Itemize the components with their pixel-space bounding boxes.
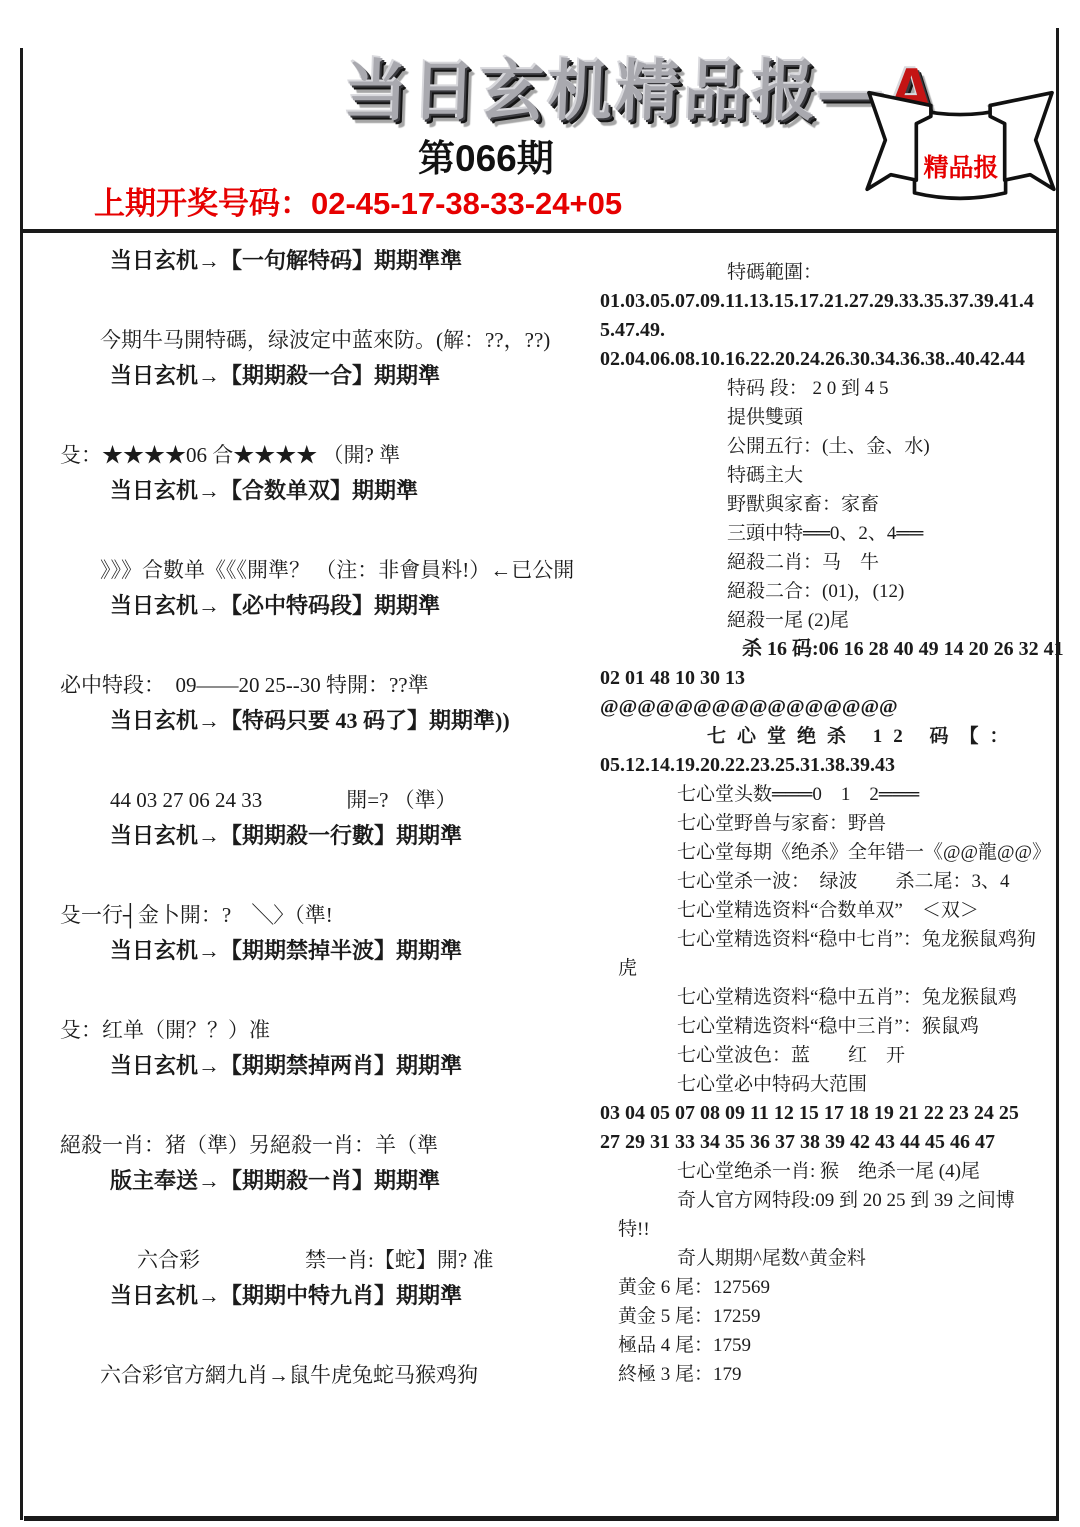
left-report-line: 今期牛马開特碼，绿波定中蓝來防。(解：??，??) (100, 323, 600, 358)
left-report-line: 当日玄机→【特码只要 43 码了】期期準)) (110, 703, 600, 738)
left-report-line: 絕殺一肖：猪（準）另絕殺一肖：羊（準 (60, 1128, 600, 1163)
right-report-line: 27 29 31 33 34 35 36 37 38 39 42 43 44 4… (600, 1128, 1057, 1157)
left-report-line: 当日玄机→【期期中特九肖】期期準 (110, 1278, 600, 1313)
left-report-line: 必中特段： 09——20 25--30 特開：??準 (60, 668, 600, 703)
right-report-line: 5.47.49. (600, 316, 1057, 345)
right-report-line: 七心堂必中特码大范围 (677, 1070, 1057, 1099)
right-report-line: 絕殺二肖：马 牛 (727, 548, 1057, 577)
right-report-line: 七心堂野兽与家畜：野兽 (677, 809, 1057, 838)
header-divider-rule (20, 229, 1059, 233)
right-report-line: 極品 4 尾：1759 (618, 1331, 1057, 1360)
ribbon-label: 精品报 (905, 148, 1017, 184)
left-report-line: 殳：★★★★06 合★★★★ （開? 準 (60, 438, 600, 473)
right-report-line: 01.03.05.07.09.11.13.15.17.21.27.29.33.3… (600, 287, 1057, 316)
right-report-line: 七心堂精选资料“合数单双” ＜双＞ (677, 896, 1057, 925)
right-report-line: 公開五行：(土、金、水) (727, 432, 1057, 461)
left-report-line: 当日玄机→【期期殺一行數】期期準 (110, 818, 600, 853)
report-title-text: 当日玄机精品报— (343, 54, 890, 129)
report-title-3d: 当日玄机精品报—A (342, 38, 940, 134)
right-report-line: 特碼主大 (727, 461, 1057, 490)
right-report-line: @@@@@@@@@@@@@@@@ (600, 693, 1057, 722)
right-report-line: 杀 16 码:06 16 28 40 49 14 20 26 32 41 (742, 635, 1057, 664)
right-report-line: 七心堂头数═══0 1 2═══ (677, 780, 1057, 809)
right-report-line: 黄金 5 尾：17259 (618, 1302, 1057, 1331)
right-report-line: 七心堂每期《绝杀》全年错一《@@龍@@》 (677, 838, 1057, 867)
left-report-line: 当日玄机→【一句解特码】期期準準 (110, 243, 600, 278)
right-report-line: 七心堂绝杀 12 码【： (707, 722, 1057, 751)
left-report-line: 当日玄机→【期期殺一合】期期準 (110, 358, 600, 393)
left-report-line: 44 03 27 06 24 33 開=? （準） (110, 783, 600, 818)
left-report-line: 六合彩 禁一肖:【蛇】開? 准 (137, 1243, 600, 1278)
right-report-line: 特码 段： 2 0 到 4 5 (727, 374, 1057, 403)
right-report-line: 奇人期期^尾数^黄金料 (677, 1244, 1057, 1273)
right-report-line: 七心堂精选资料“稳中三肖”：猴鼠鸡 (677, 1012, 1057, 1041)
right-report-line: 七心堂精选资料“稳中五肖”：兔龙猴鼠鸡 (677, 983, 1057, 1012)
right-report-line: 黄金 6 尾：127569 (618, 1273, 1057, 1302)
right-report-line: 野獸與家畜：家畜 (727, 490, 1057, 519)
right-report-line: 七心堂精选资料“稳中七肖”：兔龙猴鼠鸡狗 (677, 925, 1057, 954)
left-report-line: 当日玄机→【期期禁掉两肖】期期準 (110, 1048, 600, 1083)
right-report-line: 三頭中特══0、2、4══ (727, 519, 1057, 548)
left-report-line: 六合彩官方網九肖→鼠牛虎兔蛇马猴鸡狗 (100, 1358, 600, 1393)
right-report-line: 02 01 48 10 30 13 (600, 664, 1057, 693)
left-report-line: 殳：红单（開？？）准 (60, 1013, 600, 1048)
right-report-line: 03 04 05 07 08 09 11 12 15 17 18 19 21 2… (600, 1099, 1057, 1128)
left-report-line: 当日玄机→【合数单双】期期準 (110, 473, 600, 508)
left-report-line: 殳一行┤金卜開：? ╲〉（準! (60, 898, 600, 933)
left-report-line: 版主奉送→【期期殺一肖】期期準 (110, 1163, 600, 1198)
right-report-line: 提供雙頭 (727, 403, 1057, 432)
right-report-line: 七心堂绝杀一肖: 猴 绝杀一尾 (4)尾 (677, 1157, 1057, 1186)
page-border-left (20, 48, 23, 1520)
right-report-line: 特!! (618, 1215, 1057, 1244)
right-report-line: 虎 (618, 954, 1057, 983)
right-report-line: 終極 3 尾：179 (618, 1360, 1057, 1389)
right-column: 特碼範圍：01.03.05.07.09.11.13.15.17.21.27.29… (592, 258, 1057, 1389)
issue-number: 第066期 (418, 128, 554, 182)
right-report-line: 特碼範圍： (727, 258, 1057, 287)
right-report-line: 七心堂杀一波： 绿波 杀二尾：3、4 (677, 867, 1057, 896)
last-draw-numbers: 上期开奖号码：02-45-17-38-33-24+05 (94, 178, 622, 223)
left-report-line: 当日玄机→【必中特码段】期期準 (110, 588, 600, 623)
lottery-tip-sheet-page: 当日玄机精品报—A 第066期 上期开奖号码：02-45-17-38-33-24… (0, 0, 1080, 1527)
right-report-line: 02.04.06.08.10.16.22.20.24.26.30.34.36.3… (600, 345, 1057, 374)
left-report-line: 当日玄机→【期期禁掉半波】期期準 (110, 933, 600, 968)
right-report-line: 絕殺一尾 (2)尾 (727, 606, 1057, 635)
page-border-bottom (24, 1516, 1059, 1521)
left-report-line: 》》》合數单《《《開準？ （注：非會員料!）←已公開 (100, 553, 600, 588)
right-report-line: 絕殺二合：(01)，(12) (727, 577, 1057, 606)
right-report-line: 七心堂波色：蓝 红 开 (677, 1041, 1057, 1070)
right-report-line: 05.12.14.19.20.22.23.25.31.38.39.43 (600, 751, 1057, 780)
right-report-line: 奇人官方网特段:09 到 20 25 到 39 之间博 (677, 1186, 1057, 1215)
left-column: 当日玄机→【一句解特码】期期準準今期牛马開特碼，绿波定中蓝來防。(解：??，??… (60, 243, 600, 1393)
